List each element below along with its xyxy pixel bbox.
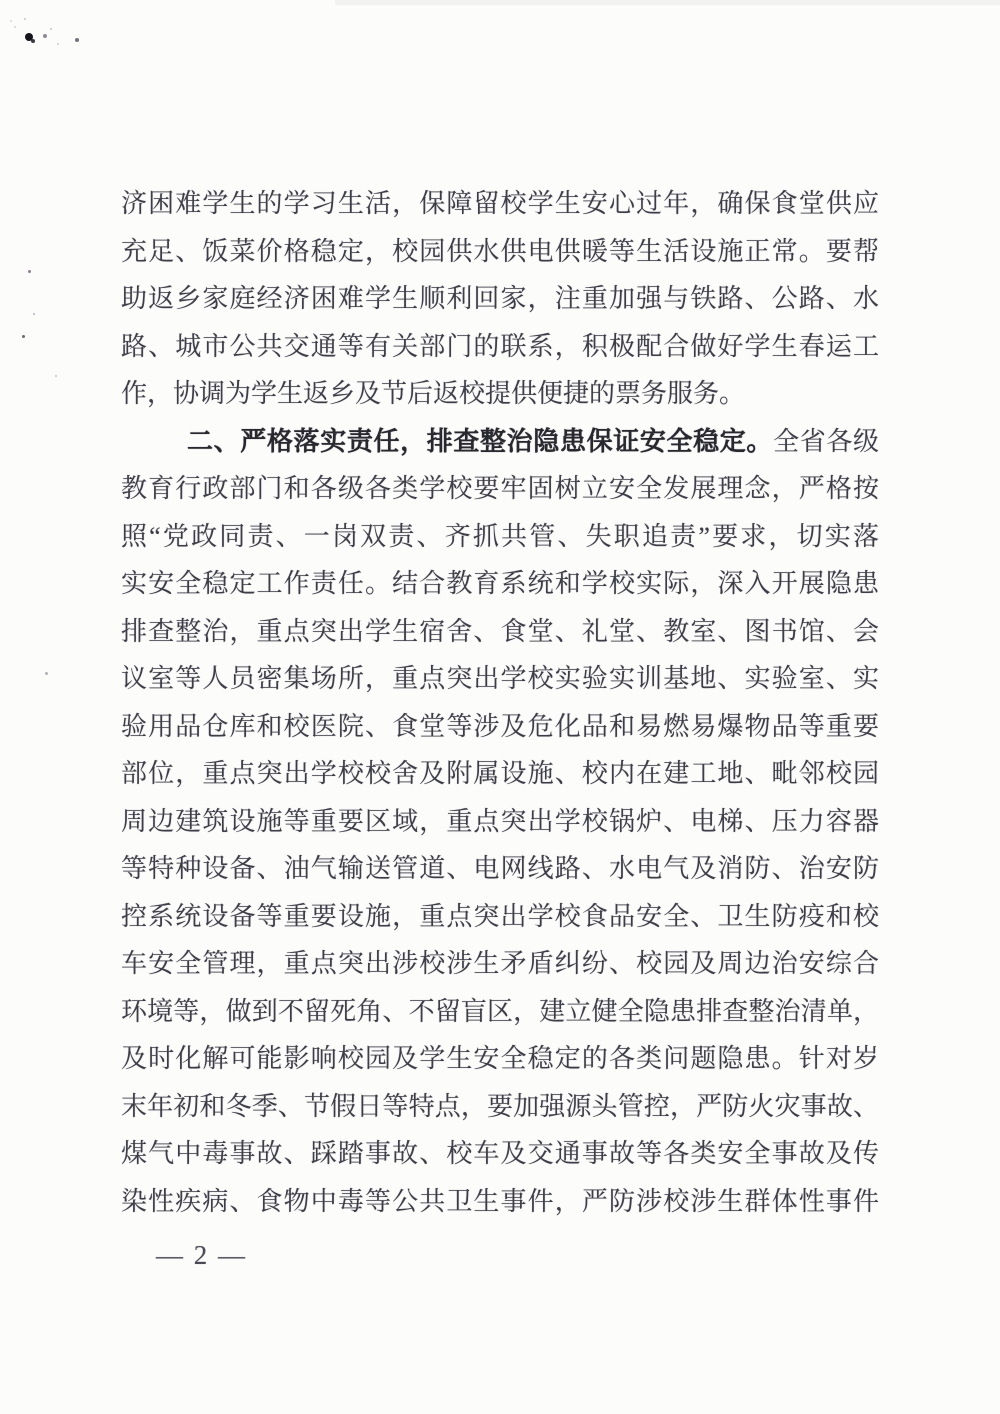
text-line: 控系统设备等重要设施，重点突出学校食品安全、卫生防疫和校	[121, 893, 879, 941]
body-text: 部位，重点突出学校校舍及附属设施、校内在建工地、毗邻校园	[121, 759, 879, 788]
text-line: 染性疾病、食物中毒等公共卫生事件，严防涉校涉生群体性事件	[121, 1178, 879, 1226]
body-text: 作，协调为学生返乡及节后返校提供便捷的票务服务。	[121, 379, 745, 408]
scan-speck	[10, 20, 12, 22]
body-text: 环境等，做到不留死角、不留盲区，建立健全隐患排查整治清单，	[121, 997, 879, 1026]
scan-speck	[31, 39, 35, 43]
document-body: 济困难学生的学习生活，保障留校学生安心过年，确保食堂供应充足、饭菜价格稳定，校园…	[121, 180, 879, 1225]
scan-edge-shadow	[335, 0, 1000, 5]
text-line: 助返乡家庭经济困难学生顺利回家，注重加强与铁路、公路、水	[121, 275, 879, 323]
text-line: 路、城市公共交通等有关部门的联系，积极配合做好学生春运工	[121, 323, 879, 371]
body-text: 控系统设备等重要设施，重点突出学校食品安全、卫生防疫和校	[121, 902, 879, 931]
scan-speck	[57, 43, 59, 45]
body-text: 济困难学生的学习生活，保障留校学生安心过年，确保食堂供应	[121, 189, 879, 218]
document-page: 济困难学生的学习生活，保障留校学生安心过年，确保食堂供应充足、饭菜价格稳定，校园…	[0, 0, 1000, 1414]
scan-speck	[14, 26, 16, 28]
text-line: 济困难学生的学习生活，保障留校学生安心过年，确保食堂供应	[121, 180, 879, 228]
text-line: 实安全稳定工作责任。结合教育系统和学校实际，深入开展隐患	[121, 560, 879, 608]
scan-speck	[22, 335, 25, 338]
text-line: 议室等人员密集场所，重点突出学校实验实训基地、实验室、实	[121, 655, 879, 703]
body-text: 充足、饭菜价格稳定，校园供水供电供暖等生活设施正常。要帮	[121, 237, 879, 266]
text-line: 照“党政同责、一岗双责、齐抓共管、失职追责”要求，切实落	[121, 513, 879, 561]
scan-speck	[24, 18, 26, 20]
body-text: 教育行政部门和各级各类学校要牢固树立安全发展理念，严格按	[121, 474, 879, 503]
body-text: 路、城市公共交通等有关部门的联系，积极配合做好学生春运工	[121, 332, 879, 361]
scan-speck	[28, 270, 31, 273]
text-line: 二、严格落实责任，排查整治隐患保证安全稳定。全省各级	[121, 418, 879, 466]
scan-speck	[45, 672, 48, 675]
text-line: 煤气中毒事故、踩踏事故、校车及交通事故等各类安全事故及传	[121, 1130, 879, 1178]
text-line: 车安全管理，重点突出涉校涉生矛盾纠纷、校园及周边治安综合	[121, 940, 879, 988]
text-line: 及时化解可能影响校园及学生安全稳定的各类问题隐患。针对岁	[121, 1035, 879, 1083]
text-line: 末年初和冬季、节假日等特点，要加强源头管控，严防火灾事故、	[121, 1083, 879, 1131]
section-heading-text: 二、严格落实责任，排查整治隐患保证安全稳定。	[187, 427, 773, 456]
scan-speck	[55, 375, 57, 377]
scan-speck	[50, 28, 52, 30]
text-line: 周边建筑设施等重要区域，重点突出学校锅炉、电梯、压力容器	[121, 798, 879, 846]
body-text: 车安全管理，重点突出涉校涉生矛盾纠纷、校园及周边治安综合	[121, 949, 879, 978]
body-text: 全省各级	[773, 427, 879, 456]
text-line: 部位，重点突出学校校舍及附属设施、校内在建工地、毗邻校园	[121, 750, 879, 798]
body-text: 末年初和冬季、节假日等特点，要加强源头管控，严防火灾事故、	[121, 1092, 879, 1121]
body-text: 照“党政同责、一岗双责、齐抓共管、失职追责”要求，切实落	[121, 522, 879, 551]
body-text: 排查整治，重点突出学生宿舍、食堂、礼堂、教室、图书馆、会	[121, 617, 879, 646]
page-number: — 2 —	[156, 1240, 247, 1271]
body-text: 周边建筑设施等重要区域，重点突出学校锅炉、电梯、压力容器	[121, 807, 879, 836]
text-line: 验用品仓库和校医院、食堂等涉及危化品和易燃易爆物品等重要	[121, 703, 879, 751]
text-line: 教育行政部门和各级各类学校要牢固树立安全发展理念，严格按	[121, 465, 879, 513]
scan-speck	[33, 313, 35, 315]
text-line: 环境等，做到不留死角、不留盲区，建立健全隐患排查整治清单，	[121, 988, 879, 1036]
body-text: 染性疾病、食物中毒等公共卫生事件，严防涉校涉生群体性事件	[121, 1187, 879, 1216]
scan-speck	[43, 34, 47, 38]
body-text: 实安全稳定工作责任。结合教育系统和学校实际，深入开展隐患	[121, 569, 879, 598]
body-text: 等特种设备、油气输送管道、电网线路、水电气及消防、治安防	[121, 854, 879, 883]
body-text: 煤气中毒事故、踩踏事故、校车及交通事故等各类安全事故及传	[121, 1139, 879, 1168]
body-text: 及时化解可能影响校园及学生安全稳定的各类问题隐患。针对岁	[121, 1044, 879, 1073]
text-line: 作，协调为学生返乡及节后返校提供便捷的票务服务。	[121, 370, 879, 418]
scan-speck	[75, 38, 79, 42]
text-line: 等特种设备、油气输送管道、电网线路、水电气及消防、治安防	[121, 845, 879, 893]
text-line: 排查整治，重点突出学生宿舍、食堂、礼堂、教室、图书馆、会	[121, 608, 879, 656]
body-text: 助返乡家庭经济困难学生顺利回家，注重加强与铁路、公路、水	[121, 284, 879, 313]
body-text: 验用品仓库和校医院、食堂等涉及危化品和易燃易爆物品等重要	[121, 712, 879, 741]
body-text: 议室等人员密集场所，重点突出学校实验实训基地、实验室、实	[121, 664, 879, 693]
text-line: 充足、饭菜价格稳定，校园供水供电供暖等生活设施正常。要帮	[121, 228, 879, 276]
